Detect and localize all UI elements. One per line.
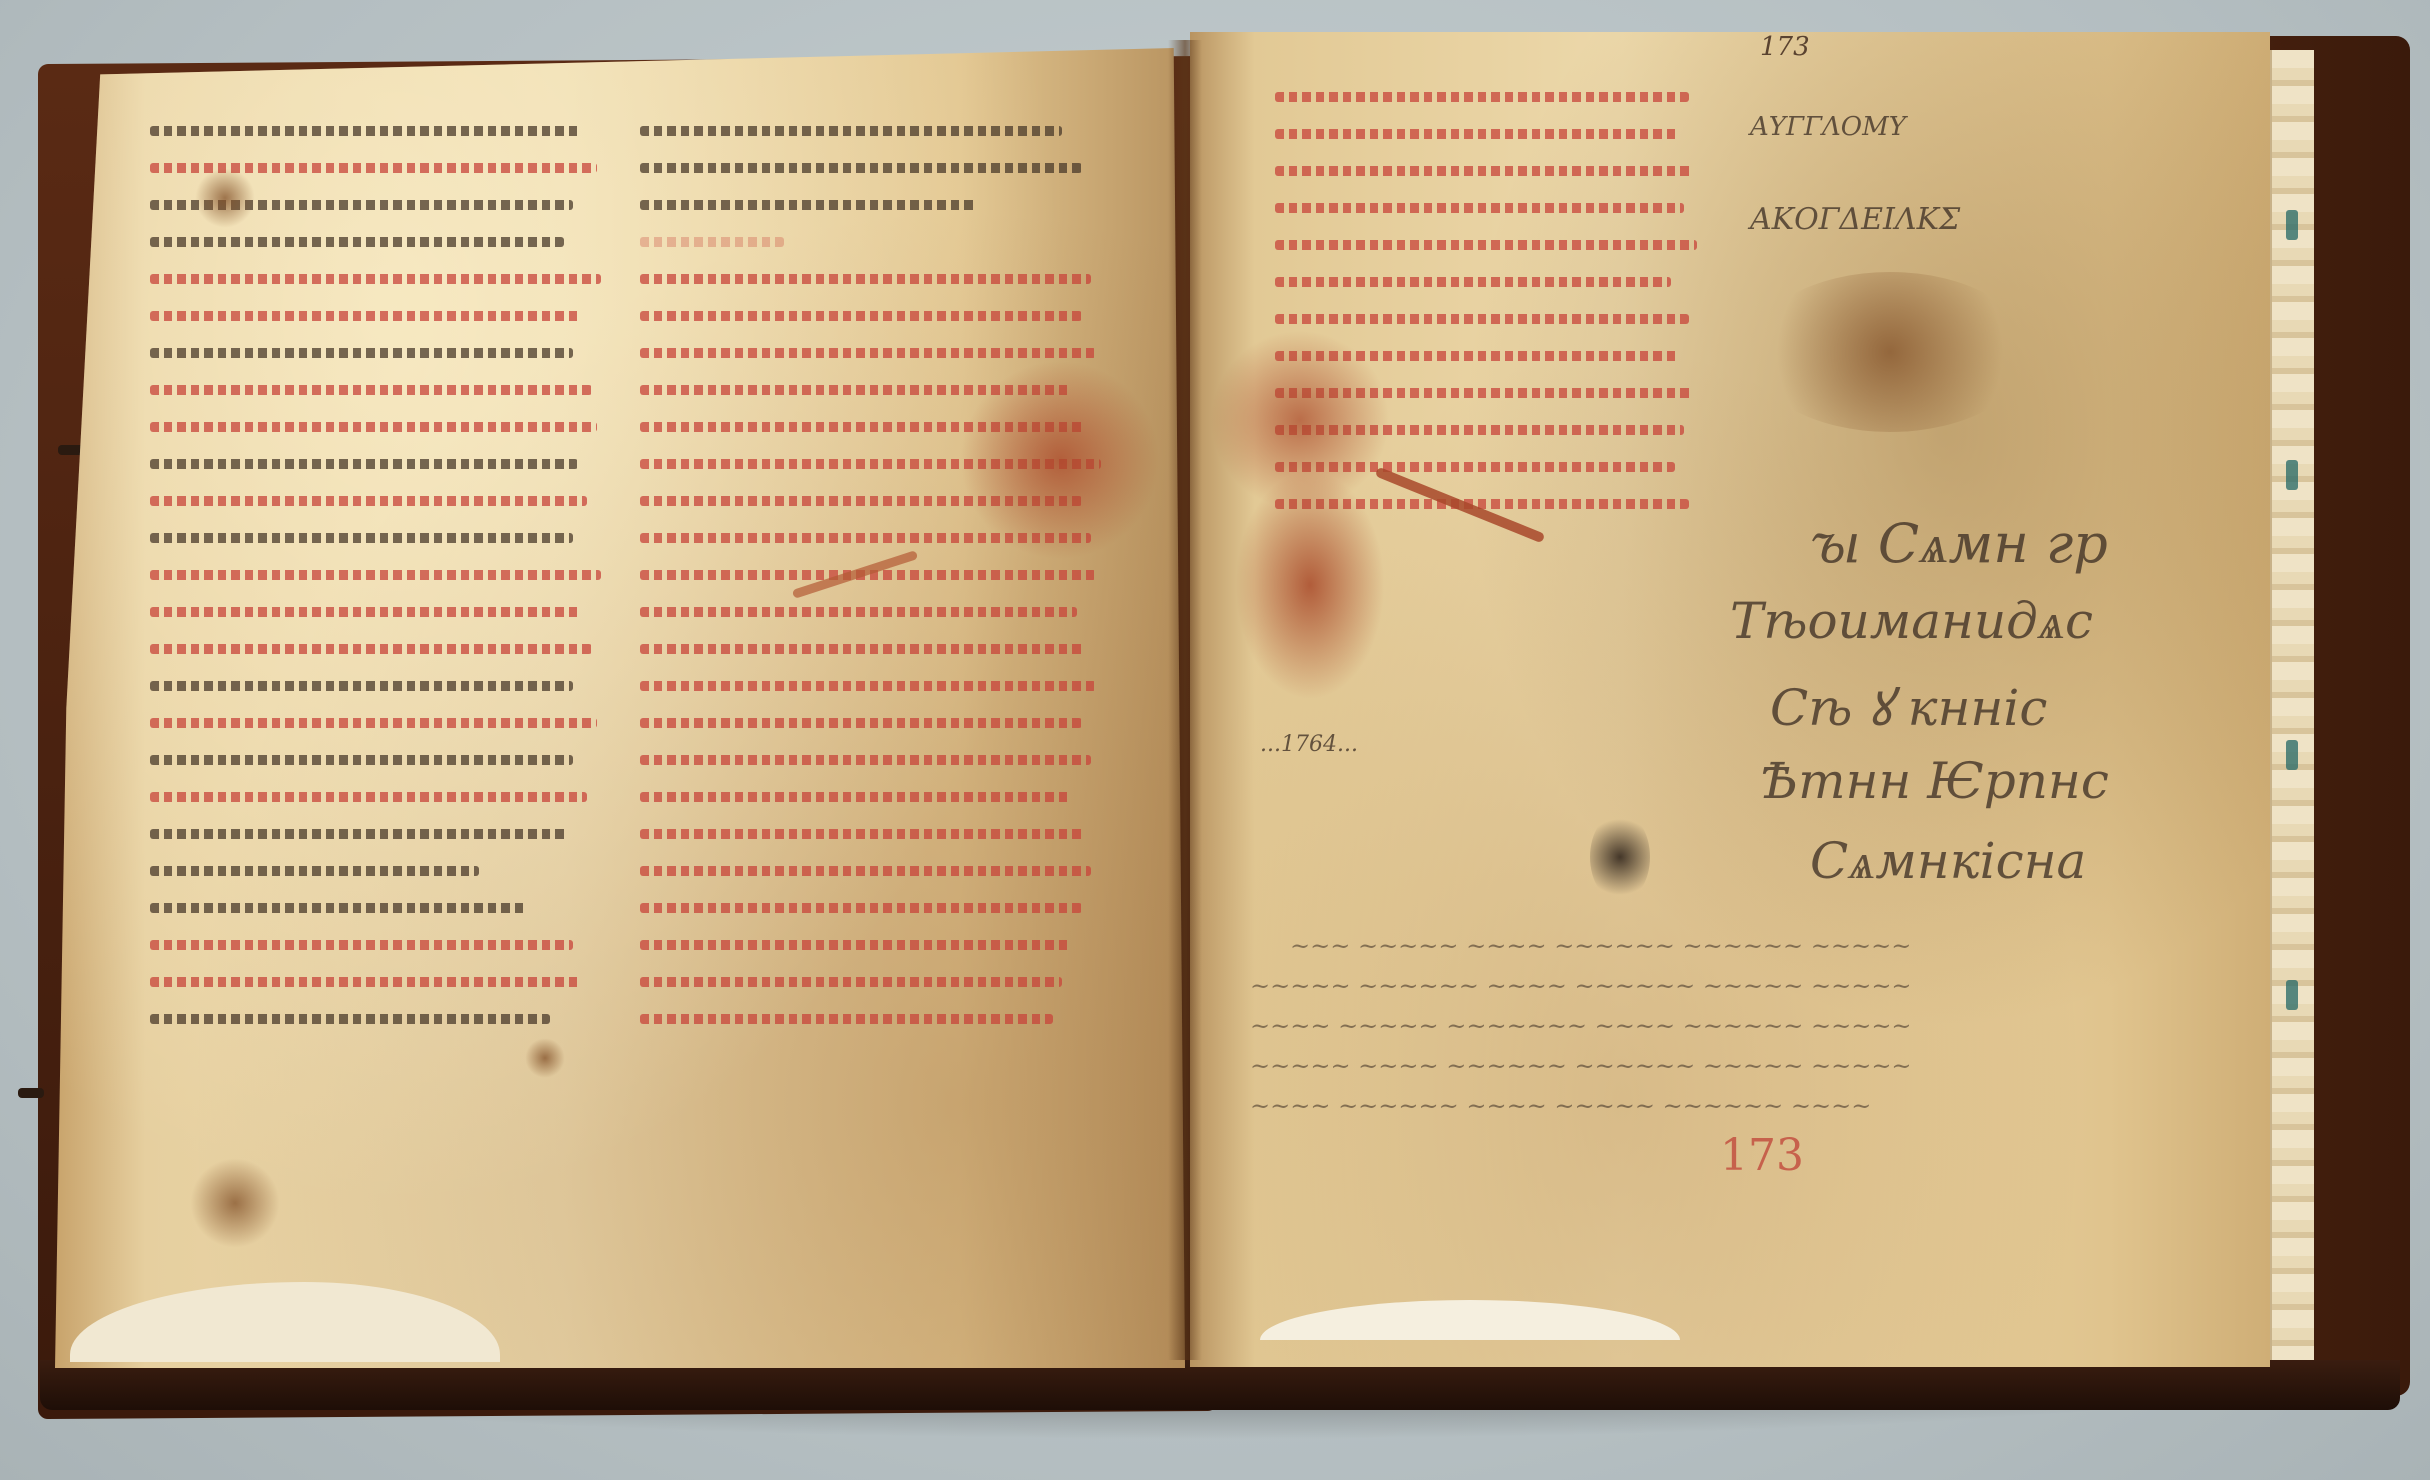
cursive-note-block: ~~~~~ ~~~~~~ ~~~~ ~~~~~~ ~~~~~ ~~~~~ [1250,972,1912,1000]
dated-note: ...1764... [1260,732,1358,757]
left-page-column-2 [640,126,1120,1051]
stain-right-lower [1235,470,1385,700]
page-edges [2270,50,2314,1360]
cursive-note-block: ~~~~~ ~~~~ ~~~~~~ ~~~~~~ ~~~~~ ~~~~~ [1250,1052,1912,1080]
margin-note-heading: ΑΥΓΓΛΟΜΥ [1750,112,1906,142]
handwritten-inscription-line: ꙑ Сѧмн гр [1810,512,2108,575]
page-edge-mark [2286,740,2298,770]
spine-gutter [1168,40,1202,1360]
left-page-column-1 [150,126,620,1051]
page-edge-mark [2286,460,2298,490]
cursive-note-block: ~~~ ~~~~~ ~~~~ ~~~~~~ ~~~~~~ ~~~~~ [1290,932,1911,960]
stain-spot [525,1038,565,1078]
stain-spot [195,168,255,228]
handwritten-inscription-line: Сѧмнкісна [1810,832,2086,890]
handwritten-inscription-line: Тѣоиманидѧс [1730,592,2093,650]
page-edge-mark [2286,980,2298,1010]
cursive-note-block: ~~~~ ~~~~~~ ~~~~ ~~~~~ ~~~~~~ ~~~~ [1250,1092,1871,1120]
margin-note-line: ΑΚΟΓΔΕΙΛΚΣ [1750,202,1960,237]
page-edge-mark [2286,210,2298,240]
folio-number-bottom: 173 [1720,1130,1804,1181]
handwritten-inscription-line: Ѣтнн Ѥрпнс [1760,752,2109,810]
smudge [1750,272,2030,432]
cursive-note-block: ~~~~ ~~~~~ ~~~~~~~ ~~~~ ~~~~~~ ~~~~~ [1250,1012,1912,1040]
ink-blot [1590,812,1650,902]
folio-number-top: 173 [1760,32,1810,62]
stain-spot [190,1158,280,1248]
clasp-pin-bottom [18,1088,44,1098]
stain-left [960,360,1160,560]
left-page [55,48,1185,1368]
handwritten-inscription-line: Сѣ ꙋ кнніс [1770,672,2047,740]
